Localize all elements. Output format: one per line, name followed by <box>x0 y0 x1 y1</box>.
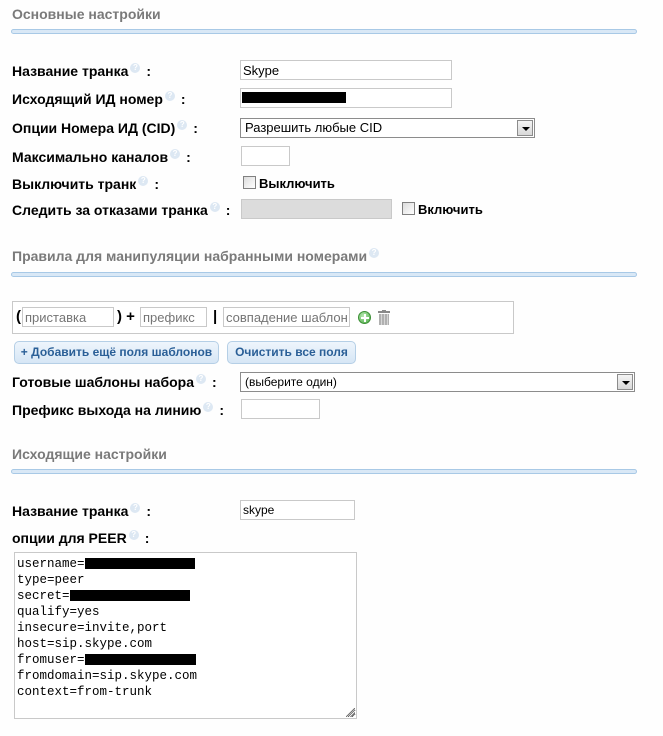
monitor-failures-input[interactable] <box>241 199 392 219</box>
trunk-name-input[interactable] <box>240 60 452 80</box>
help-icon[interactable]: ? <box>196 374 206 384</box>
cid-options-select[interactable]: Разрешить любые CID <box>240 118 535 138</box>
match-pattern-input[interactable] <box>223 307 350 327</box>
help-icon[interactable]: ? <box>129 530 139 540</box>
dial-patterns-select[interactable]: (выберите один) <box>240 372 635 392</box>
max-channels-input[interactable] <box>241 146 290 166</box>
help-icon[interactable]: ? <box>369 248 379 258</box>
section-title-dial-rules: Правила для манипуляции набранными номер… <box>12 248 379 264</box>
help-icon[interactable]: ? <box>203 402 213 412</box>
help-icon[interactable]: ? <box>138 176 148 186</box>
prefix-input[interactable] <box>140 307 207 327</box>
trash-icon[interactable] <box>378 310 390 325</box>
clear-all-fields-button[interactable]: Очистить все поля <box>227 341 356 364</box>
add-circle-icon[interactable] <box>358 311 371 324</box>
section-divider <box>11 29 637 34</box>
label-peer-options: опции для PEER?: <box>12 530 149 546</box>
disable-trunk-checkbox[interactable] <box>243 176 256 189</box>
label-outbound-prefix: Префикс выхода на линию?: <box>12 402 224 418</box>
label-cid-options: Опции Номера ИД (CID)?: <box>12 120 198 136</box>
label-monitor-failures: Следить за отказами транка?: <box>12 202 230 218</box>
label-max-channels: Максимально каналов?: <box>12 149 191 165</box>
peer-options-textarea[interactable] <box>14 552 357 719</box>
help-icon[interactable]: ? <box>165 91 175 101</box>
section-divider <box>11 469 637 474</box>
outbound-prefix-input[interactable] <box>241 399 320 419</box>
pipe-separator: | <box>213 308 217 325</box>
label-trunk-name: Название транка?: <box>12 63 151 79</box>
help-icon[interactable]: ? <box>130 503 140 513</box>
help-icon[interactable]: ? <box>177 120 187 130</box>
disable-trunk-checkbox-label[interactable]: Выключить <box>259 176 335 191</box>
outgoing-trunk-name-input[interactable] <box>240 500 355 520</box>
resize-grip-icon[interactable] <box>346 708 355 717</box>
label-outgoing-trunk-name: Название транка?: <box>12 503 151 519</box>
open-paren: ( <box>16 308 21 325</box>
help-icon[interactable]: ? <box>170 149 180 159</box>
redacted-block <box>242 92 346 103</box>
monitor-failures-checkbox[interactable] <box>402 202 415 215</box>
section-divider <box>11 272 637 277</box>
monitor-failures-checkbox-label[interactable]: Включить <box>418 202 483 217</box>
label-outbound-cid: Исходящий ИД номер?: <box>12 91 186 107</box>
section-title-basic: Основные настройки <box>12 6 161 22</box>
help-icon[interactable]: ? <box>210 202 220 212</box>
chevron-down-icon[interactable] <box>517 120 533 136</box>
section-title-outgoing: Исходящие настройки <box>12 446 167 462</box>
label-disable-trunk: Выключить транк?: <box>12 176 159 192</box>
prepend-input[interactable] <box>22 307 114 327</box>
close-paren-plus: ) + <box>117 308 135 325</box>
label-dial-patterns: Готовые шаблоны набора?: <box>12 374 217 390</box>
help-icon[interactable]: ? <box>130 63 140 73</box>
add-pattern-fields-button[interactable]: + Добавить ещё поля шаблонов <box>14 341 219 364</box>
chevron-down-icon[interactable] <box>617 374 633 390</box>
